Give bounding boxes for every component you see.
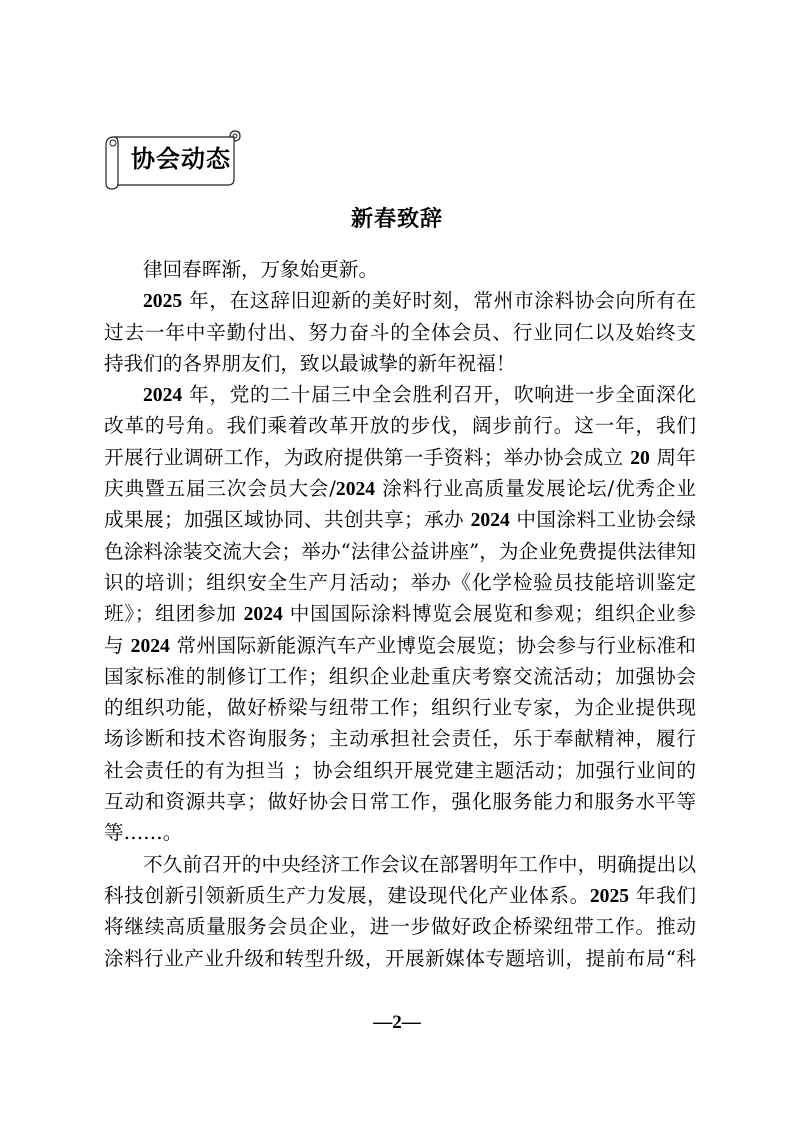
text-line: 开展行业调研工作，为政府提供第一手资料；举办协会成立 20 周年 <box>104 442 696 473</box>
text-line: 2025 年，在这辞旧迎新的美好时刻，常州市涂料协会向所有在 <box>104 285 696 316</box>
text-line: 场诊断和技术咨询服务；主动承担社会责任，乐于奉献精神，履行 <box>104 723 696 754</box>
text-line: 庆典暨五届三次会员大会/2024 涂料行业高质量发展论坛/优秀企业 <box>104 473 696 504</box>
text-line: 过去一年中辛勤付出、努力奋斗的全体会员、行业同仁以及始终支 <box>104 317 696 348</box>
text-line: 将继续高质量服务会员企业，进一步做好政企桥梁纽带工作。推动 <box>104 911 696 942</box>
text-line: 律回春晖渐，万象始更新。 <box>104 254 696 285</box>
text-line: 不久前召开的中央经济工作会议在部署明年工作中，明确提出以 <box>104 849 696 880</box>
text-line: 2024 年，党的二十届三中全会胜利召开，吹响进一步全面深化 <box>104 379 696 410</box>
article-body: 律回春晖渐，万象始更新。2025 年，在这辞旧迎新的美好时刻，常州市涂料协会向所… <box>104 254 696 974</box>
text-line: 识的培训；组织安全生产月活动；举办《化学检验员技能培训鉴定 <box>104 567 696 598</box>
text-line: 科技创新引领新质生产力发展，建设现代化产业体系。2025 年我们 <box>104 880 696 911</box>
article-title: 新春致辞 <box>0 202 794 236</box>
text-line: 互动和资源共享；做好协会日常工作，强化服务能力和服务水平等 <box>104 786 696 817</box>
text-line: 成果展；加强区域协同、共创共享；承办 2024 中国涂料工业协会绿 <box>104 504 696 535</box>
text-line: 色涂料涂装交流大会；举办“法律公益讲座”，为企业免费提供法律知 <box>104 536 696 567</box>
text-line: 国家标准的制修订工作；组织企业赴重庆考察交流活动；加强协会 <box>104 661 696 692</box>
text-line: 社会责任的有为担当 ；协会组织开展党建主题活动；加强行业间的 <box>104 755 696 786</box>
text-line: 等……。 <box>104 817 696 848</box>
page-number: —2— <box>0 1012 794 1034</box>
text-line: 与 2024 常州国际新能源汽车产业博览会展览；协会参与行业标准和 <box>104 630 696 661</box>
text-line: 班》；组团参加 2024 中国国际涂料博览会展览和参观；组织企业参 <box>104 598 696 629</box>
text-line: 持我们的各界朋友们，致以最诚挚的新年祝福！ <box>104 348 696 379</box>
text-line: 的组织功能，做好桥梁与纽带工作；组织行业专家，为企业提供现 <box>104 692 696 723</box>
text-line: 涂料行业产业升级和转型升级，开展新媒体专题培训，提前布局“科 <box>104 943 696 974</box>
text-line: 改革的号角。我们乘着改革开放的步伐，阔步前行。这一年，我们 <box>104 410 696 441</box>
section-banner: 协会动态 <box>104 129 240 189</box>
section-banner-label: 协会动态 <box>122 143 240 175</box>
